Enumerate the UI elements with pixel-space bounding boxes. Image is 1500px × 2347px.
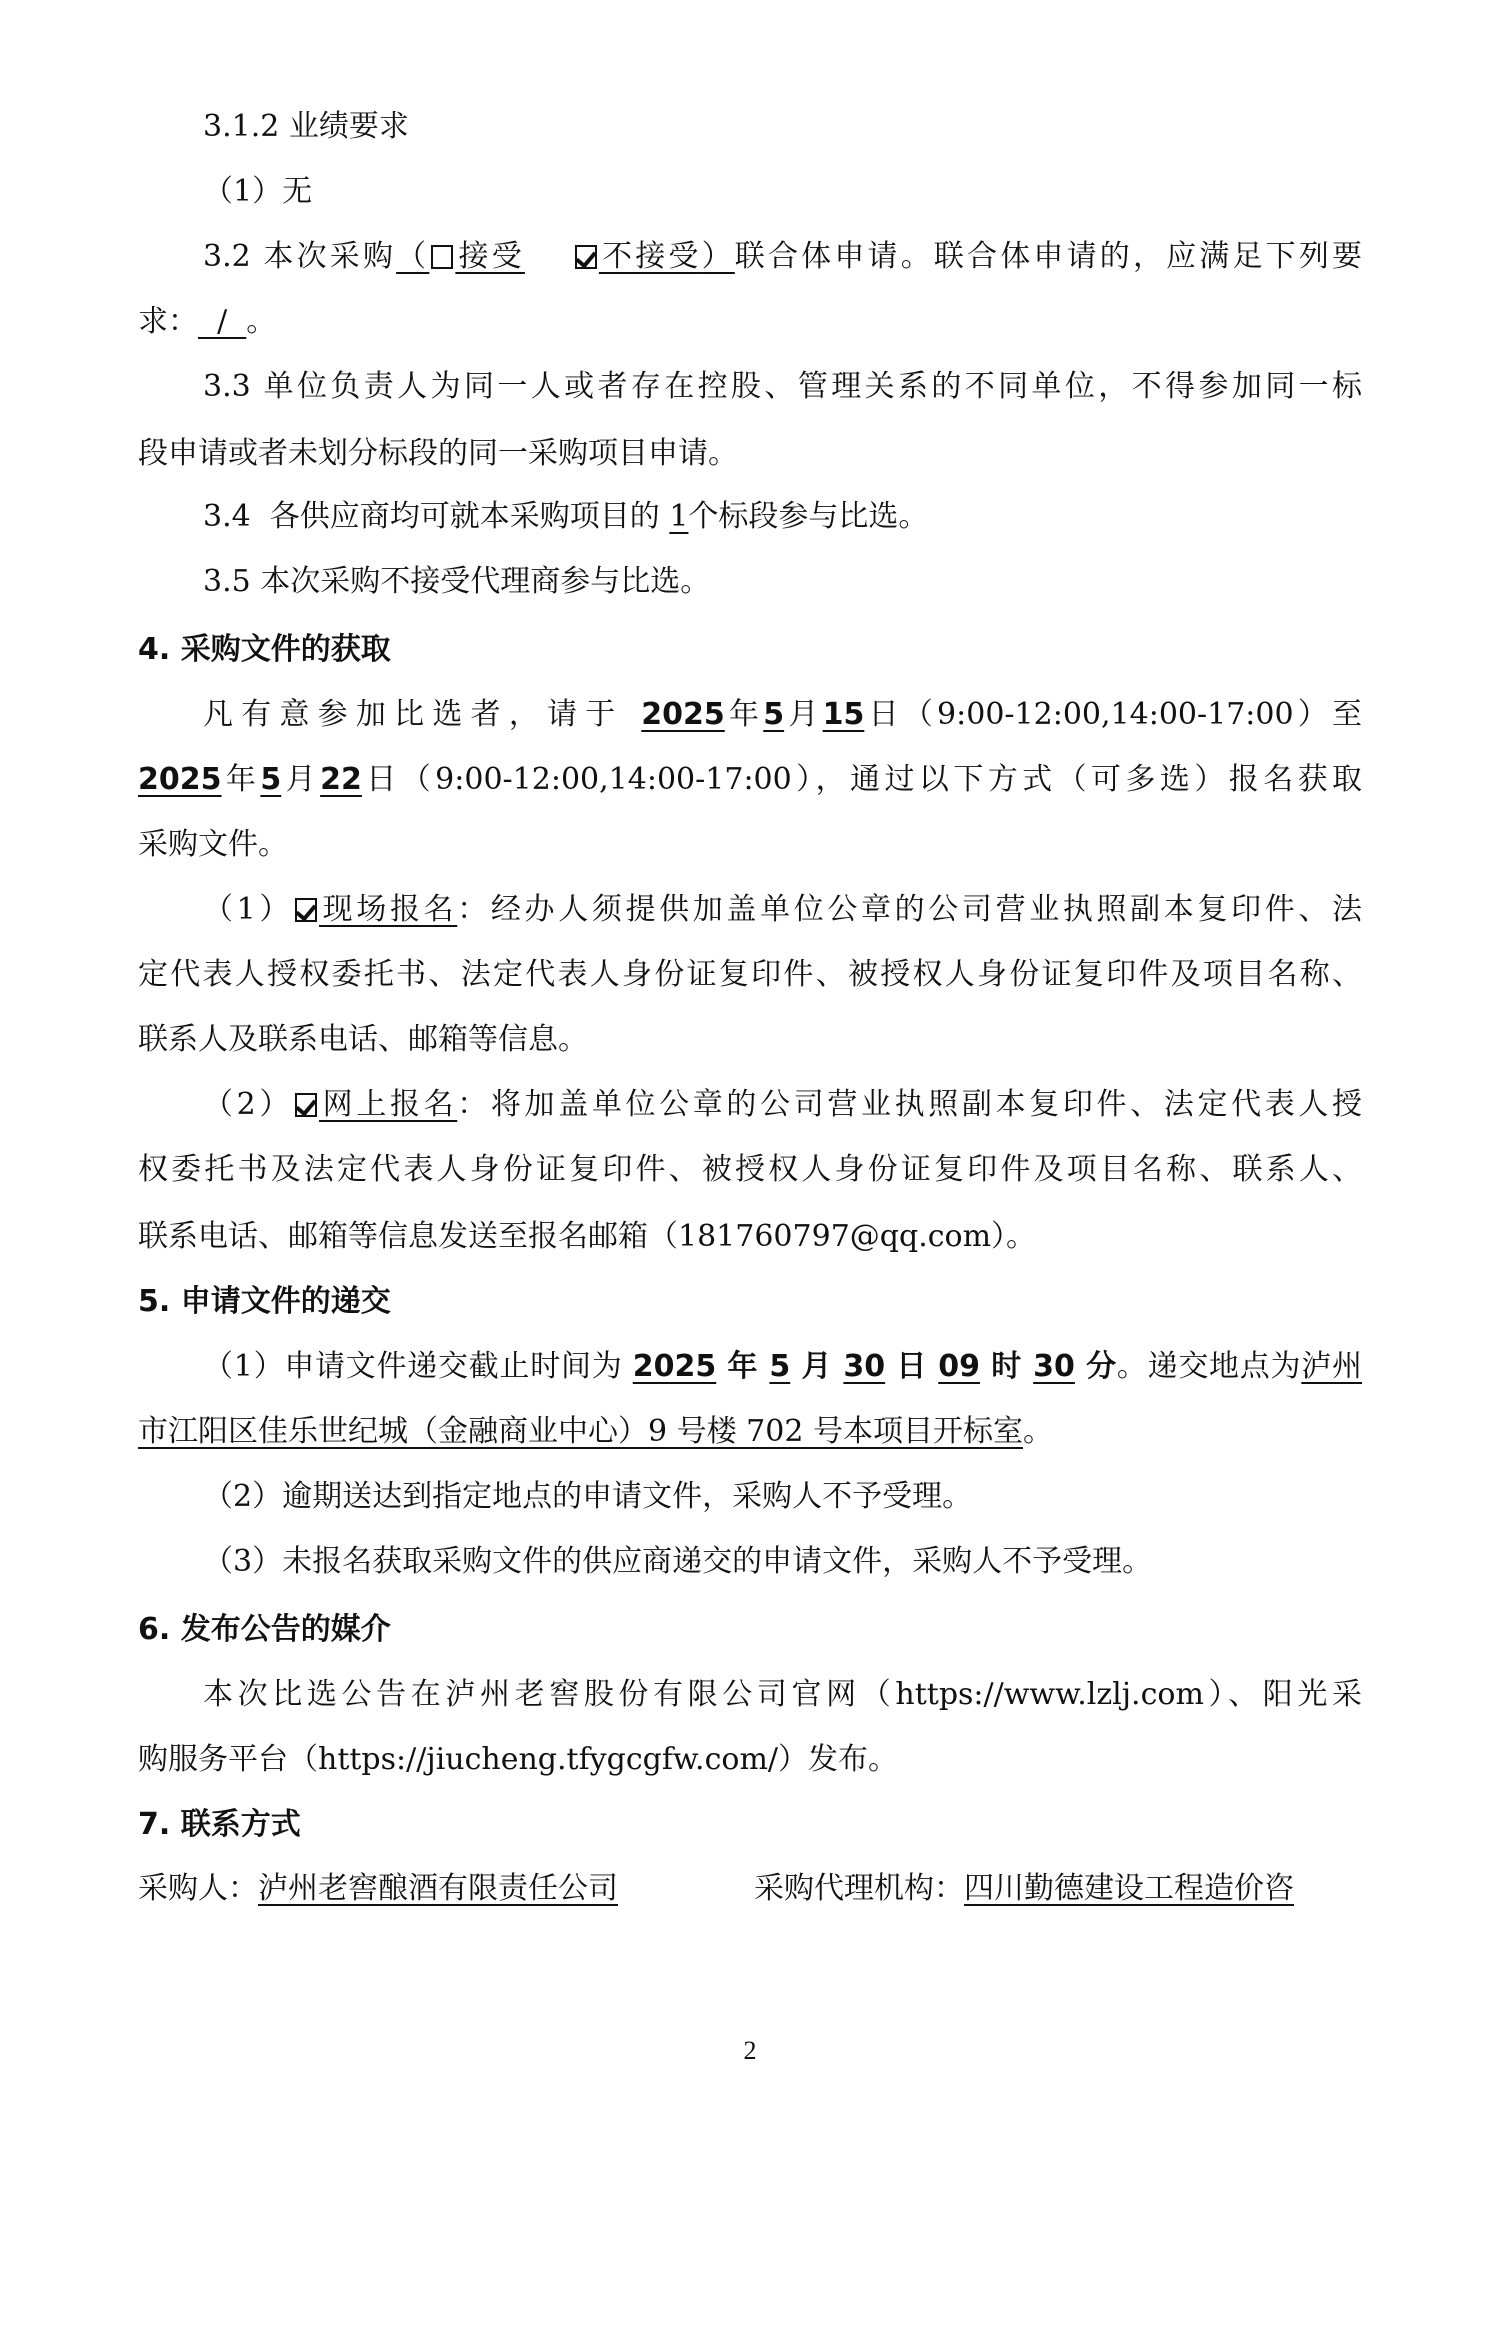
- section-5-item-1-line-1: （1）申请文件递交截止时间为 2025 年 5 月 30 日 09 时 30 分…: [203, 1345, 1362, 1389]
- end-year: 2025: [138, 762, 222, 797]
- page-number: 2: [740, 2036, 760, 2066]
- online-registration-line-2: 权委托书及法定代表人身份证复印件、被授权人身份证复印件及项目名称、联系人、: [138, 1148, 1362, 1192]
- hour-char: 时: [980, 1349, 1033, 1384]
- day-char: 日: [885, 1349, 938, 1384]
- section-3-3-line-1: 3.3 单位负责人为同一人或者存在控股、管理关系的不同单位，不得参加同一标: [203, 365, 1362, 409]
- intro-prefix: 凡有意参加比选者，请于: [203, 697, 641, 732]
- section-6-heading: 6. 发布公告的媒介: [138, 1608, 1362, 1652]
- deadline-year: 2025: [633, 1349, 717, 1384]
- online-option: 网上报名: [293, 1087, 457, 1122]
- section-6-line-2: 购服务平台（https://jiucheng.tfygcgfw.com/）发布。: [138, 1738, 1362, 1782]
- onsite-num: （1）: [203, 892, 293, 927]
- section-3-2-line-2: 求： / 。: [138, 300, 1362, 344]
- paren-open: （: [396, 239, 429, 274]
- deadline-month: 5: [769, 1349, 790, 1384]
- end-month: 5: [260, 762, 281, 797]
- onsite-checkbox-checked-icon[interactable]: [295, 898, 317, 922]
- online-registration-line-3: 联系电话、邮箱等信息发送至报名邮箱（181760797@qq.com）。: [138, 1215, 1362, 1259]
- reject-label: 不接受: [599, 239, 702, 274]
- onsite-text: ：经办人须提供加盖单位公章的公司营业执照副本复印件、法: [457, 892, 1362, 927]
- deadline-prefix: （1）申请文件递交截止时间为: [203, 1349, 633, 1384]
- accept-checkbox-icon[interactable]: [431, 245, 453, 269]
- section-4-intro-line-3: 采购文件。: [138, 823, 1362, 867]
- section-3-2-suffix: 联合体申请。联合体申请的，应满足下列要: [735, 239, 1362, 274]
- year-char: 年: [716, 1349, 769, 1384]
- section-5-item-1-line-2: 市江阳区佳乐世纪城（金融商业中心）9 号楼 702 号本项目开标室。: [138, 1410, 1362, 1454]
- year-char: 年: [725, 697, 763, 732]
- online-checkbox-checked-icon[interactable]: [295, 1093, 317, 1117]
- month-char: 月: [790, 1349, 843, 1384]
- reject-checkbox-checked-icon[interactable]: [575, 245, 597, 269]
- deadline-day: 30: [843, 1349, 885, 1384]
- onsite-registration-line-2: 定代表人授权委托书、法定代表人身份证复印件、被授权人身份证复印件及项目名称、: [138, 953, 1362, 997]
- section-3-2-prefix: 3.2 本次采购: [203, 239, 396, 274]
- start-day: 15: [823, 697, 865, 732]
- purchaser-value: 泸州老窖酿酒有限责任公司: [258, 1871, 618, 1906]
- day-char: 日: [362, 762, 401, 797]
- period: 。: [246, 304, 276, 339]
- section-5-heading: 5. 申请文件的递交: [138, 1280, 1362, 1324]
- onsite-option: 现场报名: [293, 892, 457, 927]
- minute-char: 分: [1075, 1349, 1117, 1384]
- section-4-intro-line-1: 凡有意参加比选者，请于 2025年5月15日（9:00-12:00,14:00-…: [203, 693, 1362, 737]
- paren-close: ）: [702, 239, 735, 274]
- deadline-minute: 30: [1033, 1349, 1075, 1384]
- location-part-1: 泸州: [1301, 1349, 1362, 1384]
- onsite-registration-line-3: 联系人及联系电话、邮箱等信息。: [138, 1018, 1362, 1062]
- onsite-label: 现场报名: [319, 892, 457, 927]
- accept-label: 接受: [455, 239, 525, 274]
- end-day: 22: [320, 762, 362, 797]
- month-char: 月: [281, 762, 320, 797]
- online-num: （2）: [203, 1087, 293, 1122]
- deadline-hour: 09: [938, 1349, 980, 1384]
- online-registration-line-1: （2）网上报名：将加盖单位公章的公司营业执照副本复印件、法定代表人授: [203, 1083, 1362, 1127]
- section-7-contacts: 采购人：泸州老窖酿酒有限责任公司 采购代理机构：四川勤德建设工程造价咨: [138, 1867, 1362, 1911]
- intro-suffix: ，通过以下方式（可多选）报名获取: [816, 762, 1362, 797]
- section-5-item-2: （2）逾期送达到指定地点的申请文件，采购人不予受理。: [203, 1475, 1362, 1519]
- consortium-options: （接受不接受）: [396, 239, 735, 274]
- section-4-intro-line-2: 2025年5月22日（9:00-12:00,14:00-17:00），通过以下方…: [138, 758, 1362, 802]
- agent-label: 采购代理机构：: [754, 1871, 964, 1906]
- start-month: 5: [763, 697, 784, 732]
- section-7-heading: 7. 联系方式: [138, 1803, 1362, 1847]
- hours: （9:00-12:00,14:00-17:00）: [401, 762, 816, 797]
- online-label: 网上报名: [319, 1087, 457, 1122]
- section-6-line-1: 本次比选公告在泸州老窖股份有限公司官网（https://www.lzlj.com…: [203, 1673, 1362, 1717]
- section-3-2-line-1: 3.2 本次采购（接受不接受）联合体申请。联合体申请的，应满足下列要: [203, 235, 1362, 279]
- section-3-4-suffix: 个标段参与比选。: [688, 499, 928, 534]
- year-char: 年: [222, 762, 261, 797]
- month-char: 月: [784, 697, 822, 732]
- agent-group: 采购代理机构：四川勤德建设工程造价咨: [754, 1867, 1294, 1911]
- section-3-1-2-item-1: （1）无: [203, 170, 1362, 214]
- section-5-item-3: （3）未报名获取采购文件的供应商递交的申请文件，采购人不予受理。: [203, 1540, 1362, 1584]
- section-3-5: 3.5 本次采购不接受代理商参与比选。: [203, 560, 1362, 604]
- requirement-label: 求：: [138, 304, 198, 339]
- requirement-value: /: [198, 304, 246, 339]
- location-part-2: 市江阳区佳乐世纪城（金融商业中心）9 号楼 702 号本项目开标室: [138, 1414, 1023, 1449]
- onsite-registration-line-1: （1）现场报名：经办人须提供加盖单位公章的公司营业执照副本复印件、法: [203, 888, 1362, 932]
- start-year: 2025: [641, 697, 725, 732]
- section-3-4: 3.4 各供应商均可就本采购项目的 1个标段参与比选。: [203, 495, 1362, 539]
- section-3-4-prefix: 3.4 各供应商均可就本采购项目的: [203, 499, 669, 534]
- agent-value: 四川勤德建设工程造价咨: [964, 1871, 1294, 1906]
- period: 。: [1023, 1414, 1053, 1449]
- section-3-1-2-title: 3.1.2 业绩要求: [203, 105, 1362, 149]
- day-char: 日: [864, 697, 902, 732]
- section-3-3-line-2: 段申请或者未划分标段的同一采购项目申请。: [138, 432, 1362, 476]
- purchaser-label: 采购人：: [138, 1871, 258, 1906]
- location-prefix: 。递交地点为: [1117, 1349, 1301, 1384]
- online-text: ：将加盖单位公章的公司营业执照副本复印件、法定代表人授: [457, 1087, 1362, 1122]
- to: 至: [1332, 697, 1362, 732]
- section-4-heading: 4. 采购文件的获取: [138, 628, 1362, 672]
- hours: （9:00-12:00,14:00-17:00）: [903, 697, 1332, 732]
- lot-count: 1: [669, 499, 688, 534]
